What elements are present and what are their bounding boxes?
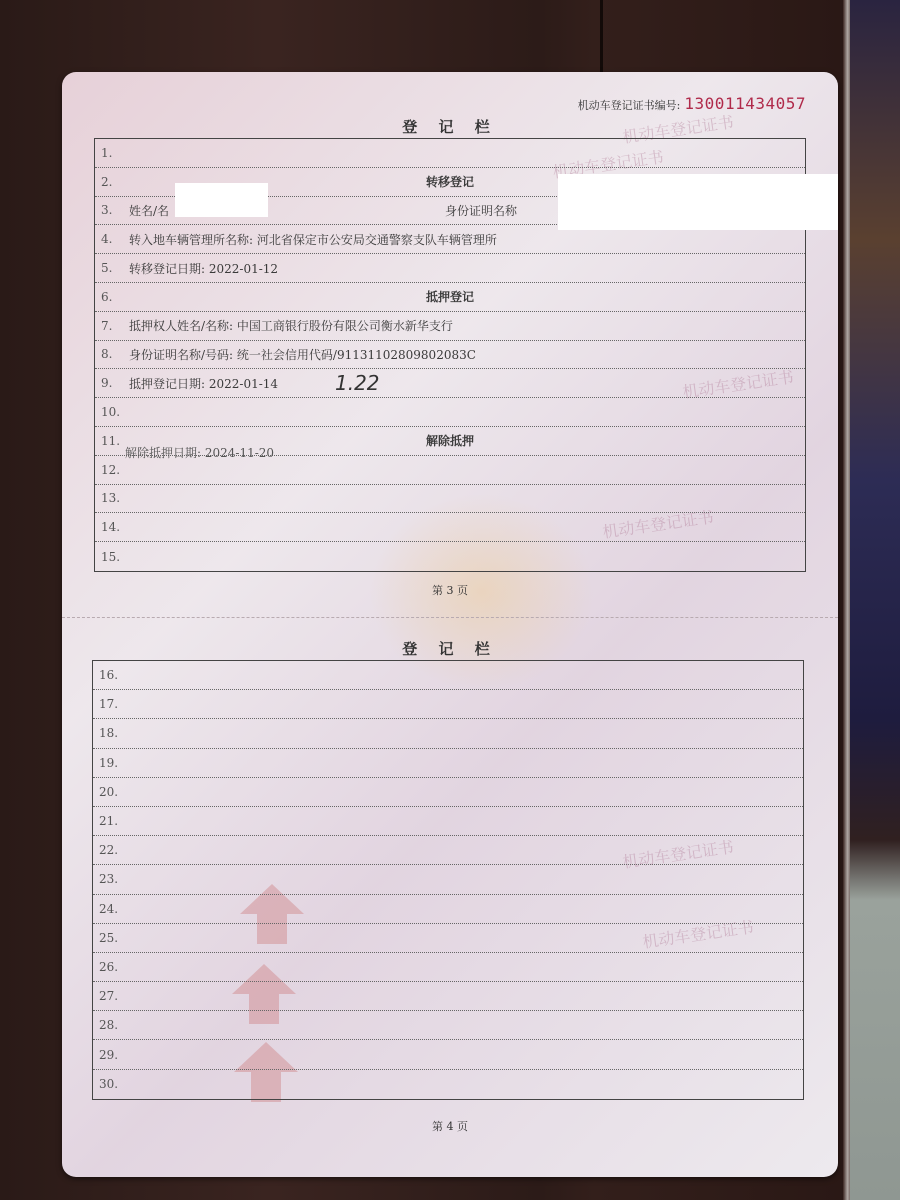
register-row: 13.	[95, 485, 805, 514]
row-text: 转入地车辆管理所名称: 河北省保定市公安局交通警察支队车辆管理所	[129, 231, 497, 248]
register-row: 9.抵押登记日期: 2022-01-141.22	[95, 369, 805, 398]
register-row: 11.解除抵押解除抵押日期: 2024-11-20	[95, 427, 805, 456]
page3-page-number: 第 3 页	[62, 582, 838, 598]
row-number: 15.	[95, 550, 129, 564]
row-number: 4.	[95, 232, 129, 246]
register-row: 10.	[95, 398, 805, 427]
register-row: 26.	[93, 953, 803, 982]
register-row: 30.	[93, 1070, 803, 1099]
register-row: 14.	[95, 513, 805, 542]
register-row: 18.	[93, 719, 803, 748]
row-number: 18.	[93, 726, 127, 740]
row-text: 姓名/名	[129, 202, 169, 219]
register-row: 24.	[93, 895, 803, 924]
row-number: 1.	[95, 146, 129, 160]
row-number: 29.	[93, 1048, 127, 1062]
register-row: 12.	[95, 456, 805, 485]
row-number: 3.	[95, 203, 129, 217]
register-row: 19.	[93, 749, 803, 778]
row-number: 26.	[93, 960, 127, 974]
row-number: 5.	[95, 261, 129, 275]
row-text: 抵押登记日期: 2022-01-14	[129, 375, 278, 392]
page4-register-table: 16.17.18.19.20.21.22.23.24.25.26.27.28.2…	[92, 660, 804, 1100]
redacted-name	[175, 183, 268, 217]
registration-certificate-page: 机动车登记证书 机动车登记证书 机动车登记证书 机动车登记证书 机动车登记证书 …	[62, 72, 838, 1177]
register-row: 25.	[93, 924, 803, 953]
background-wood-seam	[600, 0, 603, 80]
register-row: 20.	[93, 778, 803, 807]
background-cloth	[850, 0, 900, 1200]
certificate-number-label: 机动车登记证书编号:	[578, 97, 681, 113]
row-text: 转移登记日期: 2022-01-12	[129, 260, 278, 277]
row-number: 14.	[95, 520, 129, 534]
row-number: 22.	[93, 843, 127, 857]
register-row: 6.抵押登记	[95, 283, 805, 312]
certificate-number-value: 13001143405­7	[684, 94, 806, 113]
row-number: 10.	[95, 405, 129, 419]
register-row: 1.	[95, 139, 805, 168]
register-row: 15.	[95, 542, 805, 571]
row-number: 23.	[93, 872, 127, 886]
register-row: 5.转移登记日期: 2022-01-12	[95, 254, 805, 283]
page4-page-number: 第 4 页	[62, 1118, 838, 1134]
row-number: 13.	[95, 491, 129, 505]
row-text: 身份证明名称/号码: 统一社会信用代码/91131102809802083C	[129, 346, 476, 363]
row-number: 20.	[93, 785, 127, 799]
register-row: 17.	[93, 690, 803, 719]
row-number: 12.	[95, 463, 129, 477]
register-row: 16.	[93, 661, 803, 690]
row-number: 19.	[93, 756, 127, 770]
page-fold	[62, 617, 838, 618]
redacted-id	[558, 174, 838, 230]
row-number: 16.	[93, 668, 127, 682]
row-number: 27.	[93, 989, 127, 1003]
register-row: 28.	[93, 1011, 803, 1040]
row-number: 7.	[95, 319, 129, 333]
register-row: 29.	[93, 1040, 803, 1069]
register-row: 8.身份证明名称/号码: 统一社会信用代码/91131102809802083C	[95, 341, 805, 370]
certificate-number: 机动车登记证书编号: 13001143405­7	[578, 94, 806, 113]
register-row: 27.	[93, 982, 803, 1011]
section-heading: 抵押登记	[95, 288, 805, 305]
row-number: 25.	[93, 931, 127, 945]
row-number: 9.	[95, 376, 129, 390]
register-row: 7.抵押权人姓名/名称: 中国工商银行股份有限公司衡水新华支行	[95, 312, 805, 341]
register-row: 21.	[93, 807, 803, 836]
register-row: 23.	[93, 865, 803, 894]
row-number: 28.	[93, 1018, 127, 1032]
row-number: 30.	[93, 1077, 127, 1091]
id-doc-label: 身份证明名称	[445, 202, 517, 219]
row-text: 抵押权人姓名/名称: 中国工商银行股份有限公司衡水新华支行	[129, 317, 453, 334]
register-row: 22.	[93, 836, 803, 865]
row-number: 24.	[93, 902, 127, 916]
row-number: 8.	[95, 347, 129, 361]
handwritten-note: 1.22	[335, 371, 380, 395]
row-number: 21.	[93, 814, 127, 828]
page4-title: 登 记 栏	[62, 638, 838, 659]
page3-title: 登 记 栏	[62, 116, 838, 137]
row-number: 17.	[93, 697, 127, 711]
